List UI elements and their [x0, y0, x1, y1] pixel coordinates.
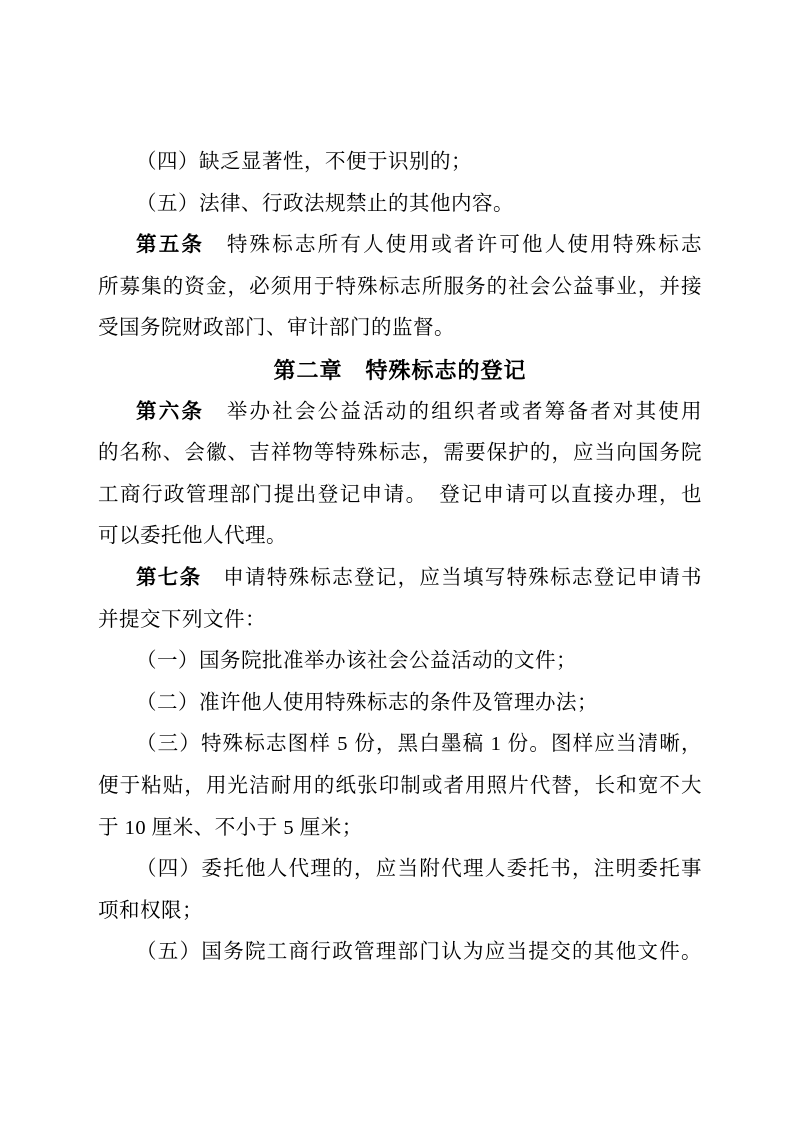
line-text: 申请特殊标志登记，应当填写特殊标志登记申请书 — [201, 567, 702, 589]
article-7-item-3-line-3: 于 10 厘米、不小于 5 厘米； — [98, 808, 702, 850]
article-7-item-4-line-1: （四）委托他人代理的，应当附代理人委托书，注明委托事 — [98, 849, 702, 891]
article-7-number: 第七条 — [136, 567, 201, 589]
article-7-item-4-line-2: 项和权限； — [98, 891, 702, 933]
line-text: 工商行政管理部门提出登记申请。 登记申请可以直接办理，也 — [98, 484, 702, 506]
line-text: 所募集的资金，必须用于特殊标志所服务的社会公益事业，并接 — [98, 276, 702, 298]
article-6-number: 第六条 — [136, 401, 204, 423]
chapter-2-heading: 第二章 特殊标志的登记 — [98, 350, 702, 392]
article-5-line-3: 受国务院财政部门、审计部门的监督。 — [98, 308, 702, 350]
line-text: 可以委托他人代理。 — [98, 525, 287, 547]
article-7-item-5: （五）国务院工商行政管理部门认为应当提交的其他文件。 — [98, 932, 702, 974]
line-text: （五）国务院工商行政管理部门认为应当提交的其他文件。 — [136, 941, 702, 963]
line-text: （五）法律、行政法规禁止的其他内容。 — [136, 193, 514, 215]
item-5-line: （五）法律、行政法规禁止的其他内容。 — [98, 184, 702, 226]
article-7-item-3-line-2: 便于粘贴，用光洁耐用的纸张印制或者用照片代替，长和宽不大 — [98, 766, 702, 808]
article-7-item-3-line-1: （三）特殊标志图样 5 份，黑白墨稿 1 份。图样应当清晰， — [98, 724, 702, 766]
chapter-heading-text: 第二章 特殊标志的登记 — [273, 358, 526, 383]
article-7-line-2: 并提交下列文件： — [98, 600, 702, 642]
line-text: 并提交下列文件： — [98, 609, 266, 631]
article-7-item-1: （一）国务院批准举办该社会公益活动的文件； — [98, 641, 702, 683]
line-text: （二）准许他人使用特殊标志的条件及管理办法； — [136, 692, 598, 714]
line-text: 受国务院财政部门、审计部门的监督。 — [98, 317, 455, 339]
article-6-line-4: 可以委托他人代理。 — [98, 516, 702, 558]
article-7-line-1: 第七条 申请特殊标志登记，应当填写特殊标志登记申请书 — [98, 558, 702, 600]
line-text: 特殊标志所有人使用或者许可他人使用特殊标志 — [204, 234, 702, 256]
article-6-line-1: 第六条 举办社会公益活动的组织者或者筹备者对其使用 — [98, 392, 702, 434]
line-text: 项和权限； — [98, 900, 203, 922]
line-text: 举办社会公益活动的组织者或者筹备者对其使用 — [204, 401, 702, 423]
article-5-line-2: 所募集的资金，必须用于特殊标志所服务的社会公益事业，并接 — [98, 267, 702, 309]
line-text: 的名称、会徽、吉祥物等特殊标志，需要保护的，应当向国务院 — [98, 442, 702, 464]
article-6-line-3: 工商行政管理部门提出登记申请。 登记申请可以直接办理，也 — [98, 475, 702, 517]
line-text: （四）委托他人代理的，应当附代理人委托书，注明委托事 — [136, 858, 702, 880]
line-text: 便于粘贴，用光洁耐用的纸张印制或者用照片代替，长和宽不大 — [98, 775, 702, 797]
line-text: 于 10 厘米、不小于 5 厘米； — [98, 817, 363, 839]
item-4-line: （四）缺乏显著性，不便于识别的； — [98, 142, 702, 184]
article-7-item-2: （二）准许他人使用特殊标志的条件及管理办法； — [98, 683, 702, 725]
article-5-line-1: 第五条 特殊标志所有人使用或者许可他人使用特殊标志 — [98, 225, 702, 267]
line-text: （一）国务院批准举办该社会公益活动的文件； — [136, 650, 577, 672]
article-6-line-2: 的名称、会徽、吉祥物等特殊标志，需要保护的，应当向国务院 — [98, 433, 702, 475]
line-text: （四）缺乏显著性，不便于识别的； — [136, 151, 472, 173]
document-page: （四）缺乏显著性，不便于识别的； （五）法律、行政法规禁止的其他内容。 第五条 … — [0, 0, 793, 1122]
line-text: （三）特殊标志图样 5 份，黑白墨稿 1 份。图样应当清晰， — [136, 733, 702, 755]
article-5-number: 第五条 — [136, 234, 204, 256]
